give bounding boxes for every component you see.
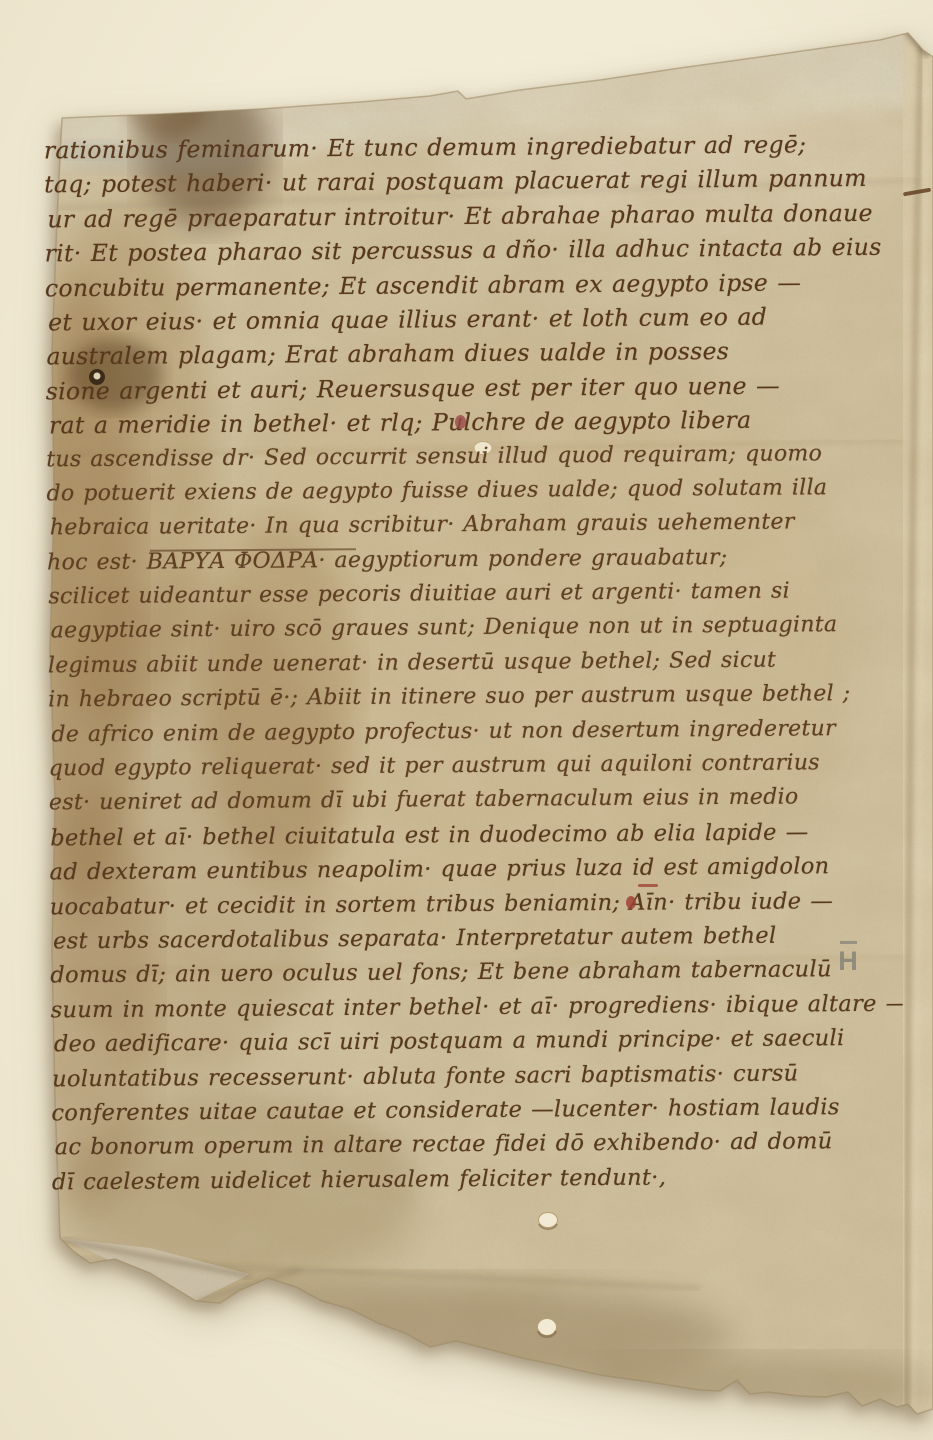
margin-pencil-h: H xyxy=(836,941,860,977)
pencil-h-macron xyxy=(840,941,857,944)
manuscript-line-30: ac bonorum operum in altare rectae fidei… xyxy=(55,1124,904,1165)
manuscript-line-31: dī caelestem uidelicet hierusalem felici… xyxy=(52,1158,904,1199)
manuscript-line-8: sione argenti et auri; Reuersusque est p… xyxy=(46,367,898,408)
manuscript-line-12: hebraica ueritate· In qua scribitur· Abr… xyxy=(50,505,899,546)
manuscript-photograph: rationibus feminarum· Et tunc demum ingr… xyxy=(0,0,933,1440)
manuscript-line-5: concubitu permanente; Et ascendit abram … xyxy=(45,264,897,305)
rubric-initial-a-dot xyxy=(626,896,636,909)
pencil-h-letter: H xyxy=(838,946,858,976)
rubric-initial-p-dot xyxy=(455,415,466,429)
rubric-initial-a-bar xyxy=(638,884,658,887)
text-block: rationibus feminarum· Et tunc demum ingr… xyxy=(44,127,904,1219)
